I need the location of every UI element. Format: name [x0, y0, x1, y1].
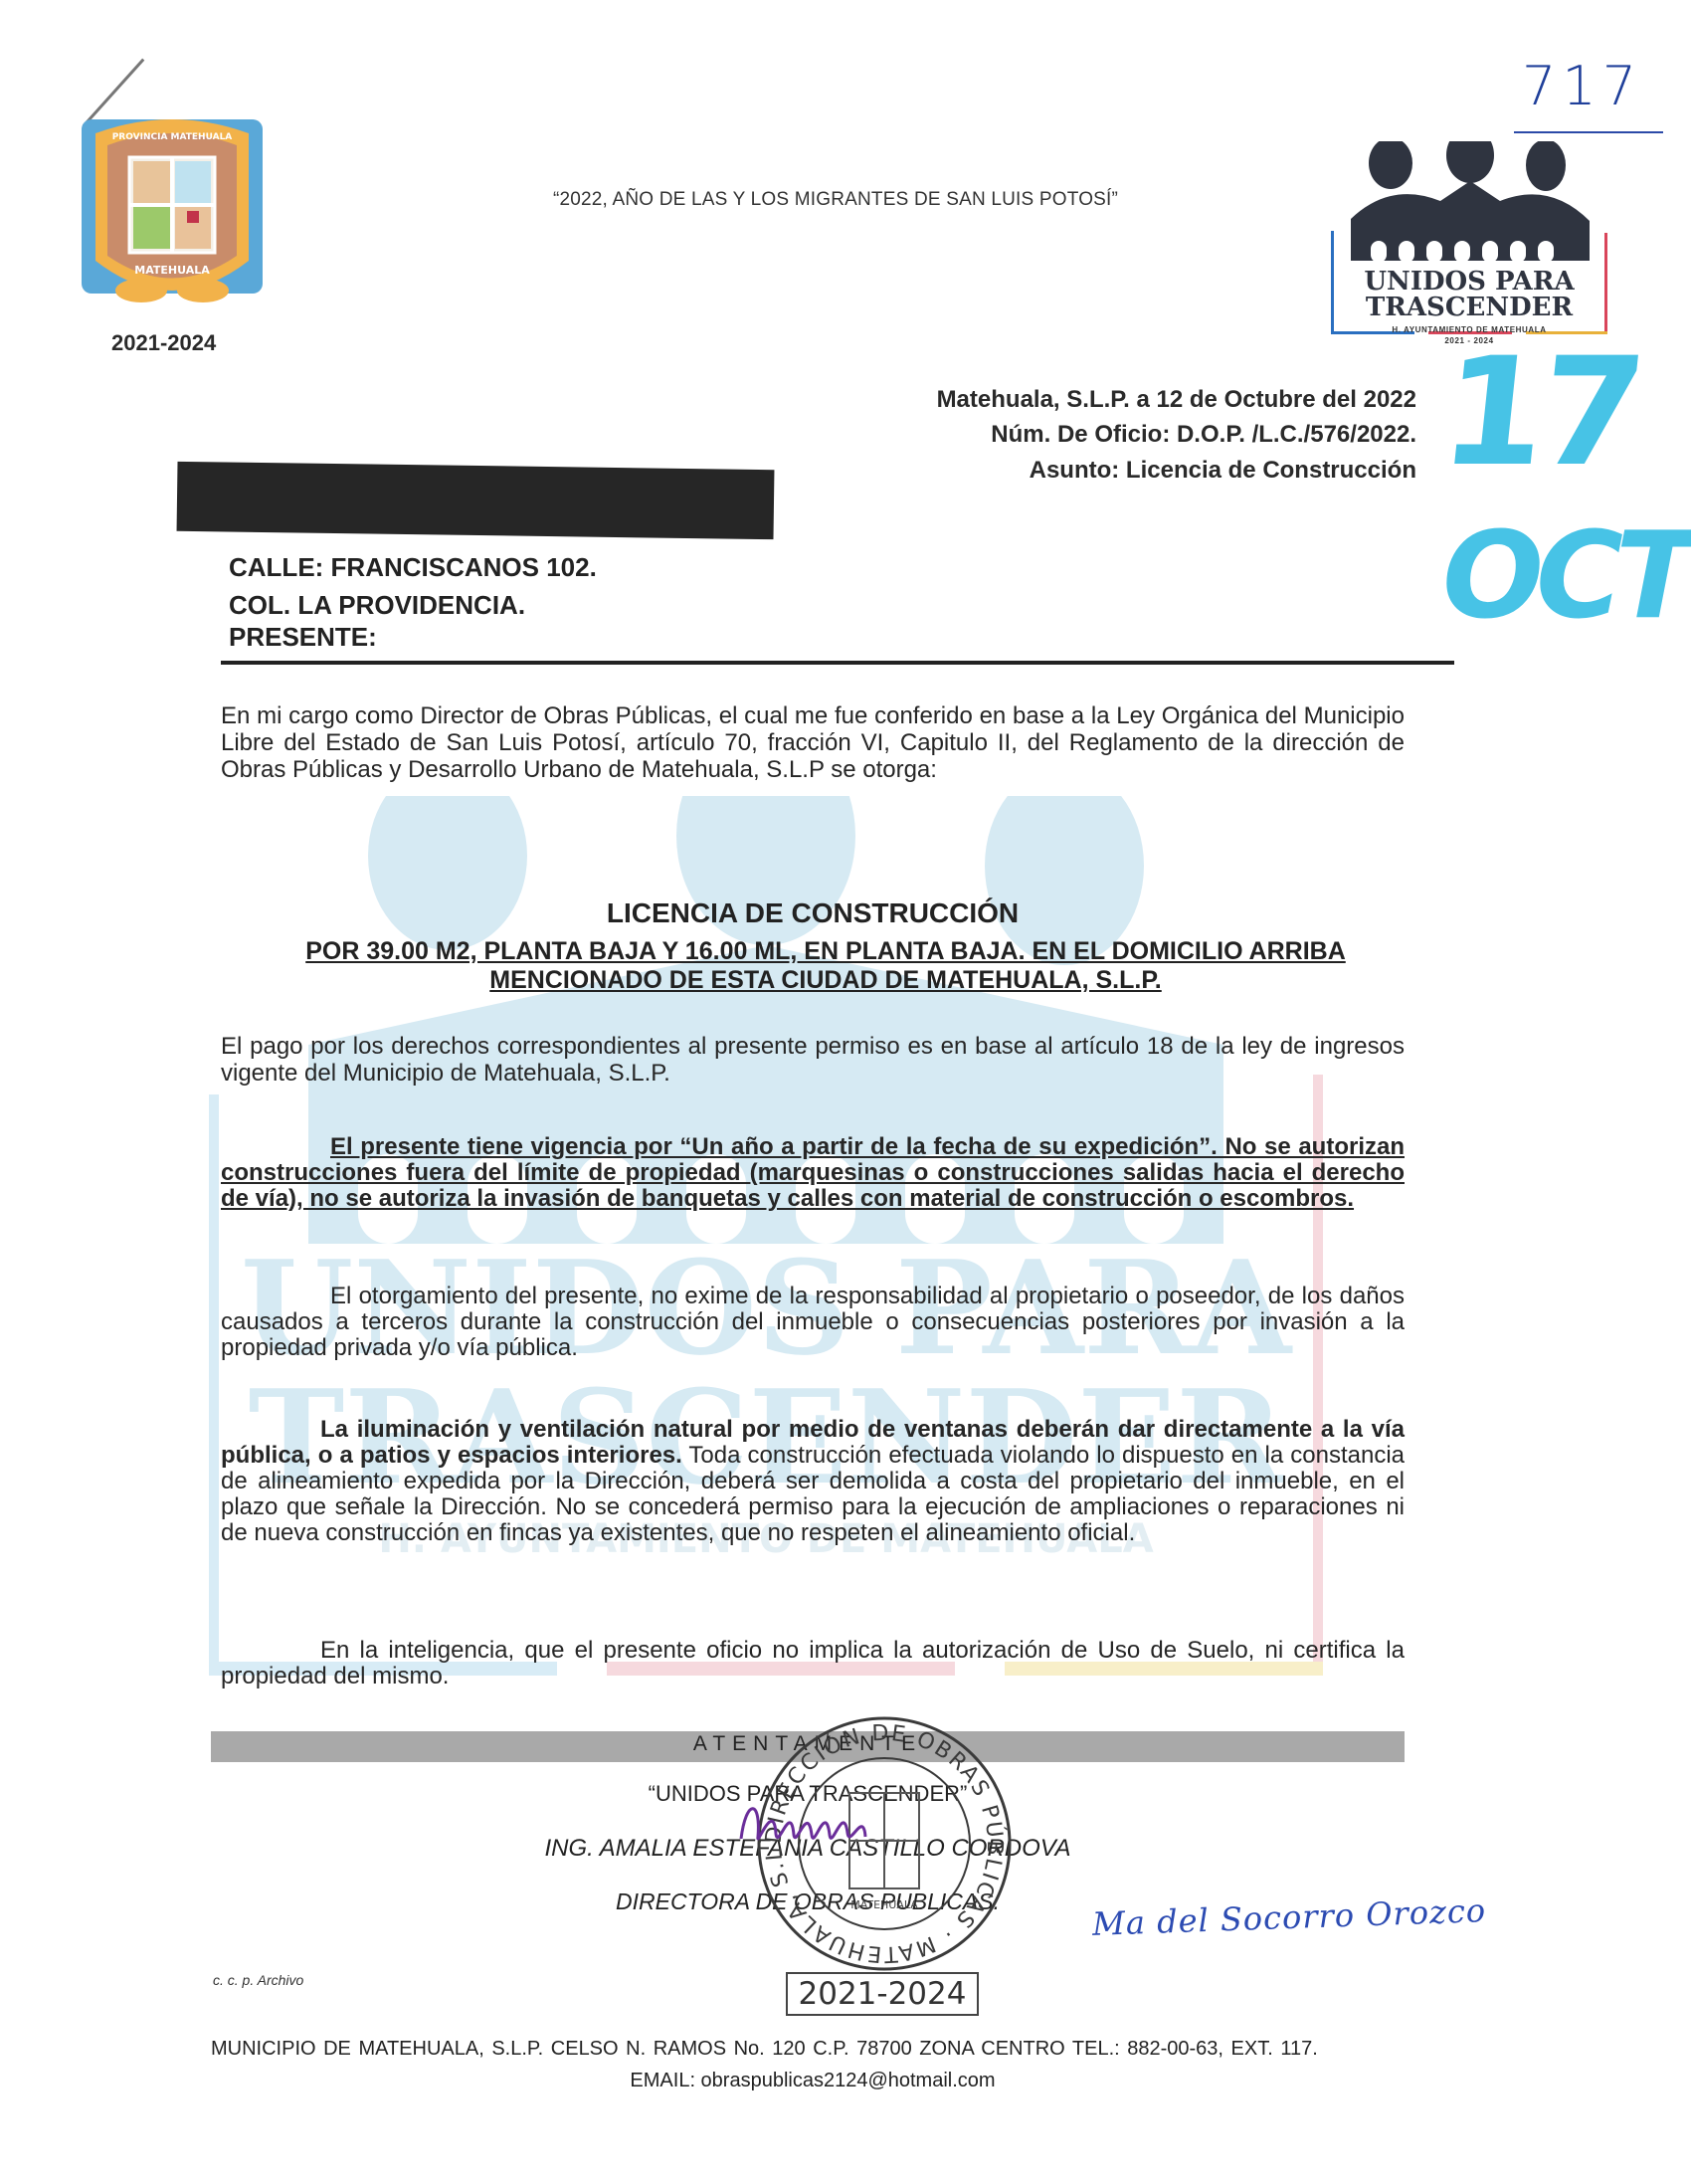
logo-title-line2: TRASCENDER — [1355, 295, 1584, 320]
svg-text:PROVINCIA MATEHUALA: PROVINCIA MATEHUALA — [112, 132, 233, 142]
logo-title: UNIDOS PARA TRASCENDER — [1355, 269, 1584, 320]
paragraph-payment: El pago por los derechos correspondiente… — [221, 1033, 1405, 1087]
license-detail: POR 39.00 M2, PLANTA BAJA Y 16.00 ML, EN… — [239, 937, 1412, 995]
folio-underline — [1514, 131, 1663, 133]
oficio-number: Núm. De Oficio: D.O.P. /L.C./576/2022. — [991, 421, 1416, 449]
signature-scribble-icon — [736, 1789, 875, 1859]
header-motto: “2022, AÑO DE LAS Y LOS MIGRANTES DE SAN… — [517, 189, 1154, 211]
received-stamp-month: OCT — [1442, 517, 1689, 637]
administration-years: 2021-2024 — [111, 330, 216, 356]
recipient-colony: COL. LA PROVIDENCIA. — [229, 590, 525, 621]
paragraph-lighting: La iluminación y ventilación natural por… — [221, 1417, 1405, 1546]
subject-line: Asunto: Licencia de Construcción — [1030, 457, 1416, 485]
redacted-recipient-name — [177, 462, 775, 539]
handwritten-folio-number: 717 — [1522, 55, 1642, 117]
recipient-street: CALLE: FRANCISCANOS 102. — [229, 552, 597, 583]
watermark-logo: UNIDOS PARA TRASCENDER H. AYUNTAMIENTO D… — [209, 796, 1323, 1691]
received-stamp-day: 17 — [1434, 338, 1646, 488]
svg-text:MATEHUALA: MATEHUALA — [850, 1898, 918, 1911]
paragraph-validity: El presente tiene vigencia por “Un año a… — [221, 1134, 1405, 1212]
paragraph-land-use: En la inteligencia, que el presente ofic… — [221, 1638, 1405, 1689]
paragraph-authority: En mi cargo como Director de Obras Públi… — [221, 702, 1405, 783]
license-title: LICENCIA DE CONSTRUCCIÓN — [221, 897, 1405, 929]
recipient-greeting: PRESENTE: — [229, 622, 377, 653]
svg-text:MATEHUALA: MATEHUALA — [134, 264, 210, 277]
seal-years-box: 2021-2024 — [786, 1972, 979, 2016]
paragraph-liability: El otorgamiento del presente, no exime d… — [221, 1284, 1405, 1361]
header-divider — [221, 661, 1454, 665]
footer-email: EMAIL: obraspublicas2124@hotmail.com — [211, 2070, 1414, 2092]
copy-to: c. c. p. Archivo — [213, 1972, 303, 1988]
logo-title-line1: UNIDOS PARA — [1355, 269, 1584, 295]
place-and-date: Matehuala, S.L.P. a 12 de Octubre del 20… — [937, 386, 1416, 414]
municipal-coat-of-arms-icon: PROVINCIA MATEHUALA MATEHUALA — [82, 111, 263, 306]
footer-address: MUNICIPIO DE MATEHUALA, S.L.P. CELSO N. … — [211, 2038, 1414, 2061]
